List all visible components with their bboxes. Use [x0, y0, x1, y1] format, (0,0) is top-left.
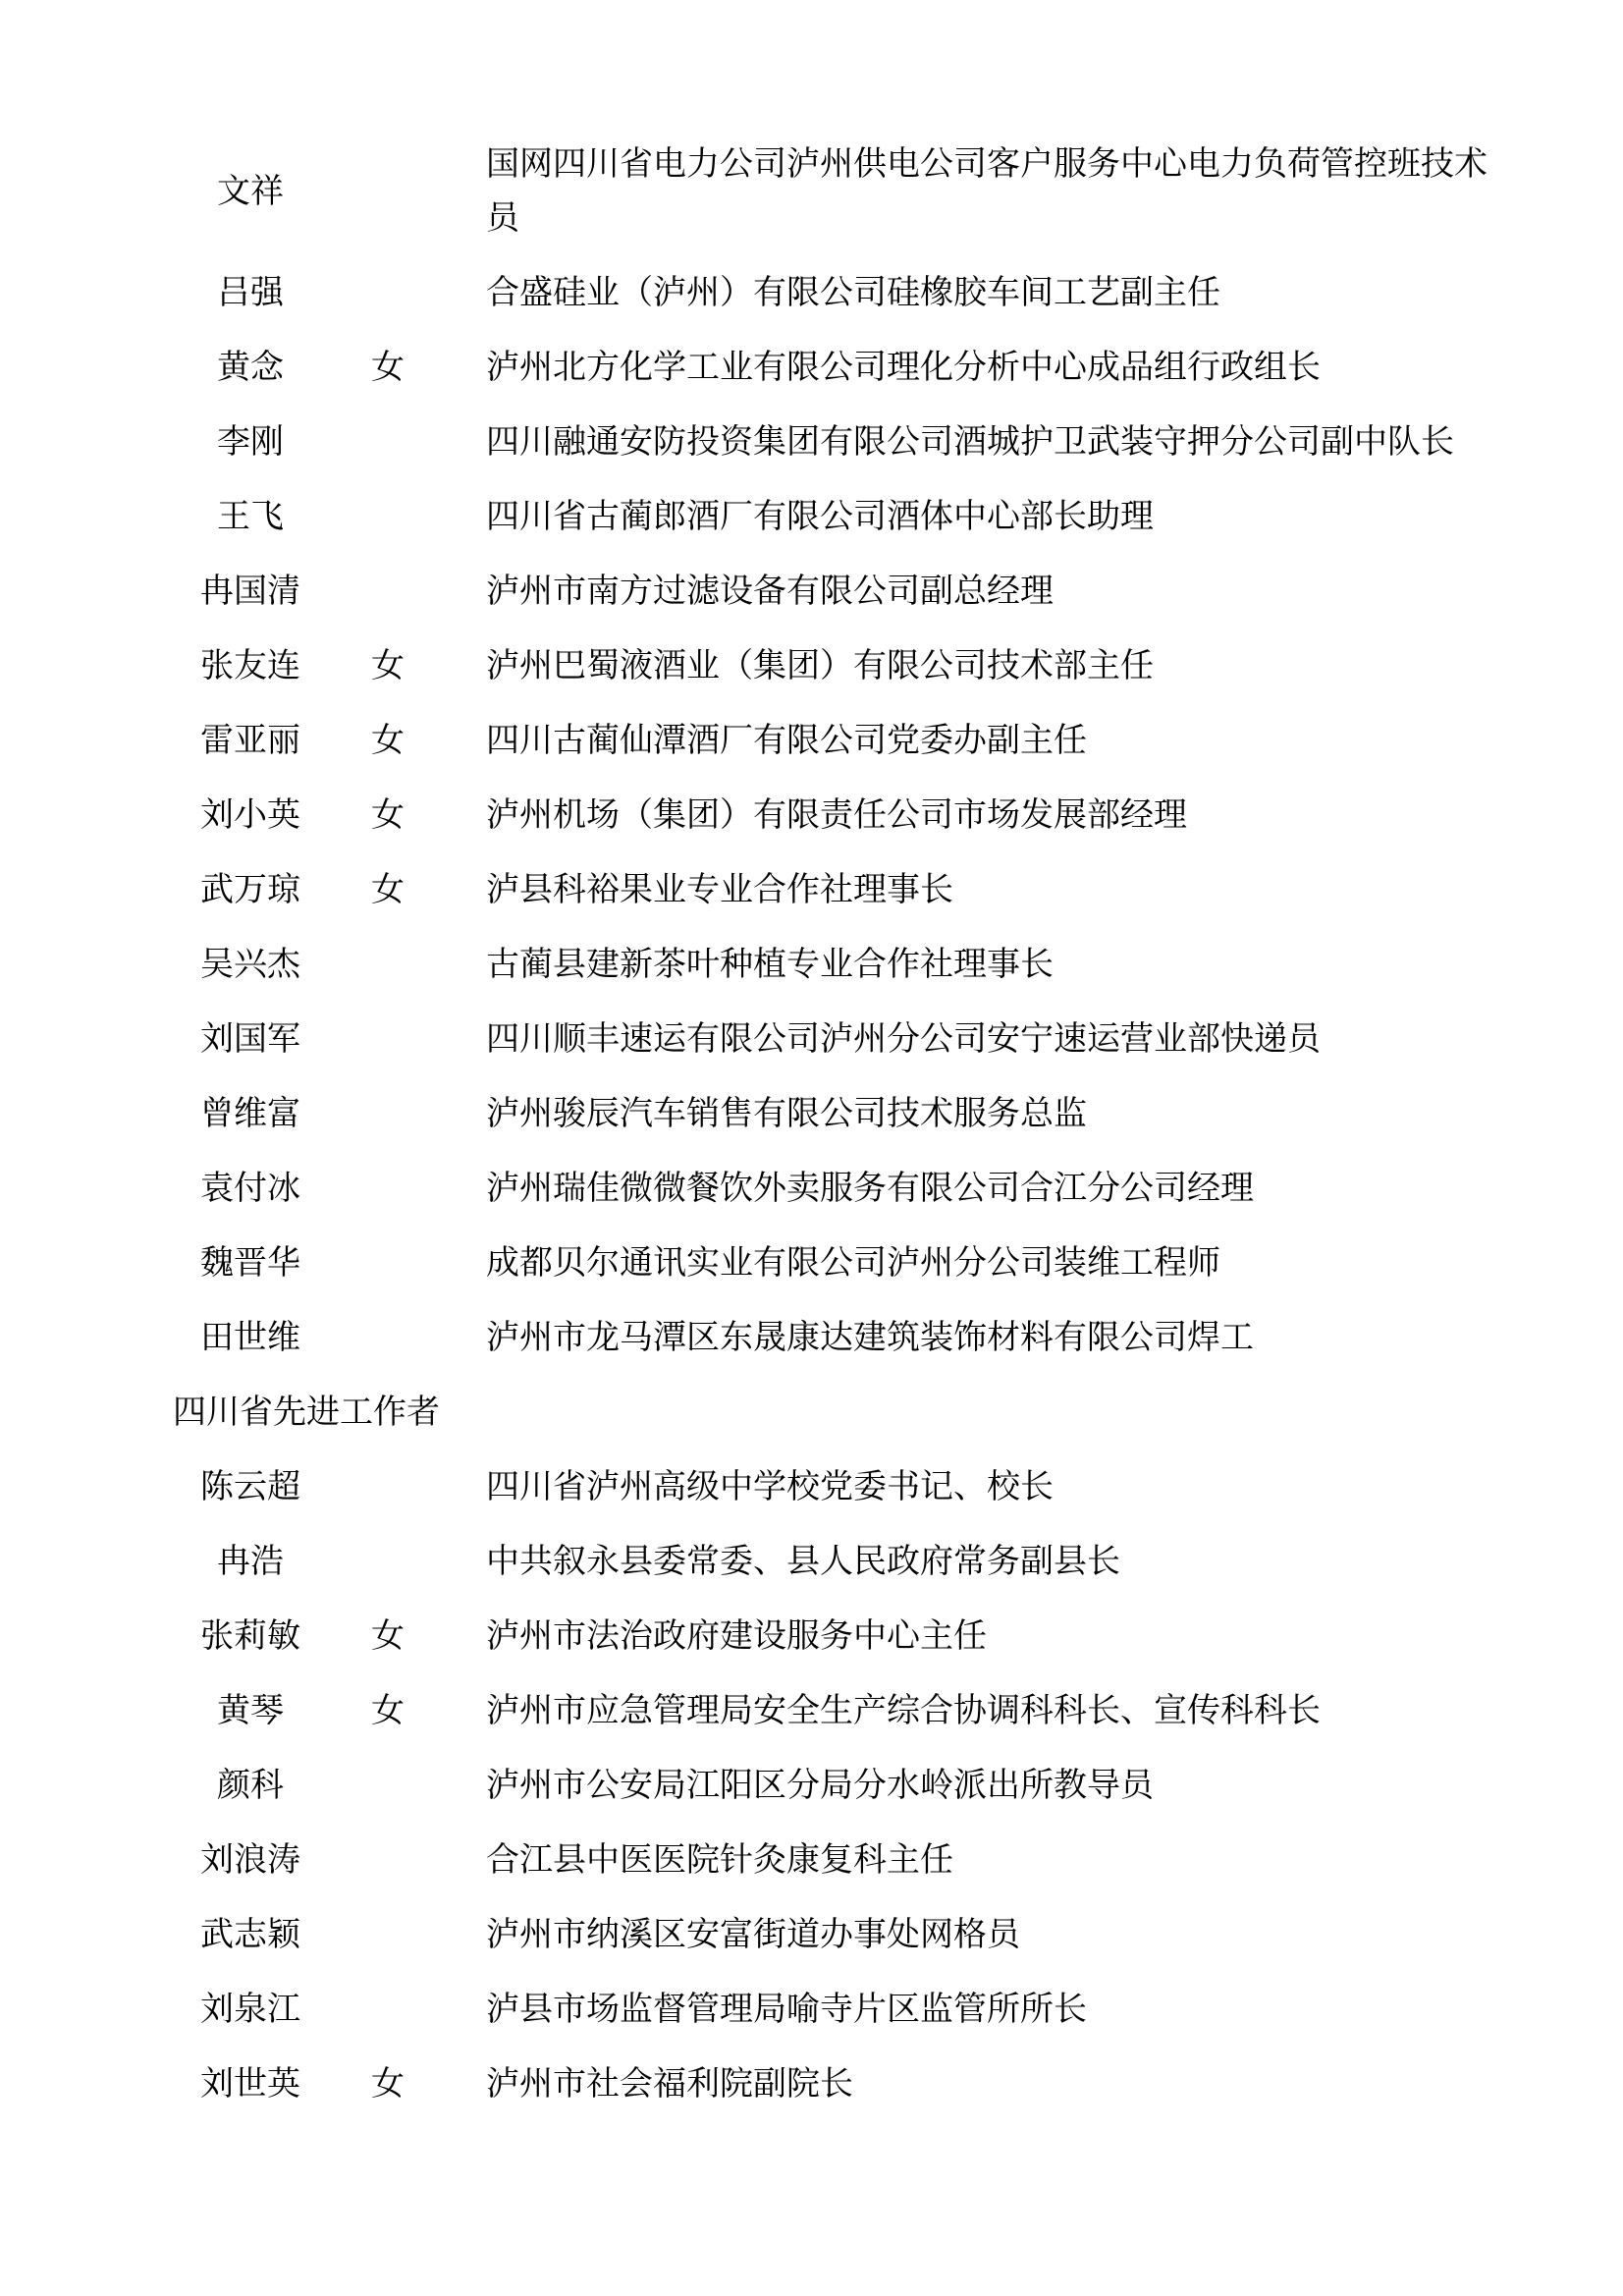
entry-row: 刘浪涛 合江县中医医院针灸康复科主任: [147, 1833, 1497, 1887]
entry-title: 四川顺丰速运有限公司泸州分公司安宁速运营业部快递员: [486, 1012, 1497, 1066]
entry-name: 颜科: [147, 1759, 353, 1813]
entry-name: 李刚: [147, 415, 353, 469]
entry-title: 四川古蔺仙潭酒厂有限公司党委办副主任: [486, 714, 1497, 768]
entry-title: 泸州市南方过滤设备有限公司副总经理: [486, 565, 1497, 619]
entry-gender: 女: [353, 639, 422, 693]
entry-row: 刘世英 女 泸州市社会福利院副院长: [147, 2057, 1497, 2111]
entry-name: 武万琼: [147, 863, 353, 917]
entry-title: 四川融通安防投资集团有限公司酒城护卫武装守押分公司副中队长: [486, 415, 1497, 469]
entry-name: 袁付冰: [147, 1162, 353, 1216]
entry-title: 古蔺县建新茶叶种植专业合作社理事长: [486, 938, 1497, 992]
entry-title: 四川省古蔺郎酒厂有限公司酒体中心部长助理: [486, 490, 1497, 544]
entry-row: 袁付冰 泸州瑞佳微微餐饮外卖服务有限公司合江分公司经理: [147, 1162, 1497, 1216]
entry-row: 田世维 泸州市龙马潭区东晟康达建筑装饰材料有限公司焊工: [147, 1311, 1497, 1365]
entry-name: 刘浪涛: [147, 1833, 353, 1887]
entry-row: 雷亚丽 女 四川古蔺仙潭酒厂有限公司党委办副主任: [147, 714, 1497, 768]
entry-row: 刘小英 女 泸州机场（集团）有限责任公司市场发展部经理: [147, 789, 1497, 843]
entry-name: 冉国清: [147, 565, 353, 619]
entry-name: 吕强: [147, 266, 353, 320]
entry-name: 吴兴杰: [147, 938, 353, 992]
entry-row: 李刚 四川融通安防投资集团有限公司酒城护卫武装守押分公司副中队长: [147, 415, 1497, 469]
entry-title: 泸州市龙马潭区东晟康达建筑装饰材料有限公司焊工: [486, 1311, 1497, 1365]
entry-gender: 女: [353, 1610, 422, 1664]
entry-title: 泸州市应急管理局安全生产综合协调科科长、宣传科科长: [486, 1684, 1497, 1738]
entry-name: 刘世英: [147, 2057, 353, 2111]
entry-name: 张莉敏: [147, 1610, 353, 1664]
entry-row: 黄念 女 泸州北方化学工业有限公司理化分析中心成品组行政组长: [147, 341, 1497, 395]
entry-name: 黄念: [147, 341, 353, 395]
entry-gender: 女: [353, 789, 422, 843]
entry-name: 武志颖: [147, 1908, 353, 1962]
entry-row: 张友连 女 泸州巴蜀液酒业（集团）有限公司技术部主任: [147, 639, 1497, 693]
entry-name: 曾维富: [147, 1087, 353, 1141]
entry-name: 刘泉江: [147, 1983, 353, 2037]
entry-row: 魏晋华 成都贝尔通讯实业有限公司泸州分公司装维工程师: [147, 1236, 1497, 1290]
entry-row: 冉浩 中共叙永县委常委、县人民政府常务副县长: [147, 1535, 1497, 1589]
entry-title: 中共叙永县委常委、县人民政府常务副县长: [486, 1535, 1497, 1589]
entry-name: 黄琴: [147, 1684, 353, 1738]
entry-row: 吕强 合盛硅业（泸州）有限公司硅橡胶车间工艺副主任: [147, 266, 1497, 320]
entry-row: 武志颖 泸州市纳溪区安富街道办事处网格员: [147, 1908, 1497, 1962]
entry-name: 田世维: [147, 1311, 353, 1365]
entry-name: 冉浩: [147, 1535, 353, 1589]
entry-gender: 女: [353, 714, 422, 768]
entry-row: 刘泉江 泸县市场监督管理局喻寺片区监管所所长: [147, 1983, 1497, 2037]
entry-gender: 女: [353, 1684, 422, 1738]
entry-row: 黄琴 女 泸州市应急管理局安全生产综合协调科科长、宣传科科长: [147, 1684, 1497, 1738]
section-header: 四川省先进工作者: [173, 1386, 1497, 1440]
entry-row: 吴兴杰 古蔺县建新茶叶种植专业合作社理事长: [147, 938, 1497, 992]
entry-title: 泸州骏辰汽车销售有限公司技术服务总监: [486, 1087, 1497, 1141]
entry-gender: 女: [353, 863, 422, 917]
entry-title: 泸县市场监督管理局喻寺片区监管所所长: [486, 1983, 1497, 2037]
entry-name: 刘国军: [147, 1012, 353, 1066]
entry-title: 四川省泸州高级中学校党委书记、校长: [486, 1460, 1497, 1514]
entry-row: 冉国清 泸州市南方过滤设备有限公司副总经理: [147, 565, 1497, 619]
entry-gender: 女: [353, 341, 422, 395]
entry-title: 泸州市法治政府建设服务中心主任: [486, 1610, 1497, 1664]
entry-name: 雷亚丽: [147, 714, 353, 768]
entry-row: 陈云超 四川省泸州高级中学校党委书记、校长: [147, 1460, 1497, 1514]
document-page: 文祥 国网四川省电力公司泸州供电公司客户服务中心电力负荷管控班技术员 吕强 合盛…: [0, 0, 1623, 2296]
entry-title: 泸县科裕果业专业合作社理事长: [486, 863, 1497, 917]
entry-title: 泸州市纳溪区安富街道办事处网格员: [486, 1908, 1497, 1962]
entry-title: 泸州巴蜀液酒业（集团）有限公司技术部主任: [486, 639, 1497, 693]
entry-row: 曾维富 泸州骏辰汽车销售有限公司技术服务总监: [147, 1087, 1497, 1141]
section2-list: 陈云超 四川省泸州高级中学校党委书记、校长 冉浩 中共叙永县委常委、县人民政府常…: [147, 1460, 1497, 2111]
entry-name: 刘小英: [147, 789, 353, 843]
entry-title: 合盛硅业（泸州）有限公司硅橡胶车间工艺副主任: [486, 266, 1497, 320]
entry-name: 文祥: [147, 165, 353, 219]
entry-name: 王飞: [147, 490, 353, 544]
section1-list: 文祥 国网四川省电力公司泸州供电公司客户服务中心电力负荷管控班技术员 吕强 合盛…: [147, 137, 1497, 1365]
entry-title: 泸州市社会福利院副院长: [486, 2057, 1497, 2111]
entry-name: 张友连: [147, 639, 353, 693]
entry-row: 颜科 泸州市公安局江阳区分局分水岭派出所教导员: [147, 1759, 1497, 1813]
entry-gender: 女: [353, 2057, 422, 2111]
entry-title: 泸州机场（集团）有限责任公司市场发展部经理: [486, 789, 1497, 843]
entry-title: 国网四川省电力公司泸州供电公司客户服务中心电力负荷管控班技术员: [486, 137, 1497, 246]
entry-name: 魏晋华: [147, 1236, 353, 1290]
entry-title: 成都贝尔通讯实业有限公司泸州分公司装维工程师: [486, 1236, 1497, 1290]
entry-row: 文祥 国网四川省电力公司泸州供电公司客户服务中心电力负荷管控班技术员: [147, 137, 1497, 246]
entry-row: 王飞 四川省古蔺郎酒厂有限公司酒体中心部长助理: [147, 490, 1497, 544]
entry-title: 泸州瑞佳微微餐饮外卖服务有限公司合江分公司经理: [486, 1162, 1497, 1216]
entry-row: 张莉敏 女 泸州市法治政府建设服务中心主任: [147, 1610, 1497, 1664]
entry-title: 泸州北方化学工业有限公司理化分析中心成品组行政组长: [486, 341, 1497, 395]
entry-row: 武万琼 女 泸县科裕果业专业合作社理事长: [147, 863, 1497, 917]
entry-title: 合江县中医医院针灸康复科主任: [486, 1833, 1497, 1887]
entry-name: 陈云超: [147, 1460, 353, 1514]
entry-row: 刘国军 四川顺丰速运有限公司泸州分公司安宁速运营业部快递员: [147, 1012, 1497, 1066]
entry-title: 泸州市公安局江阳区分局分水岭派出所教导员: [486, 1759, 1497, 1813]
